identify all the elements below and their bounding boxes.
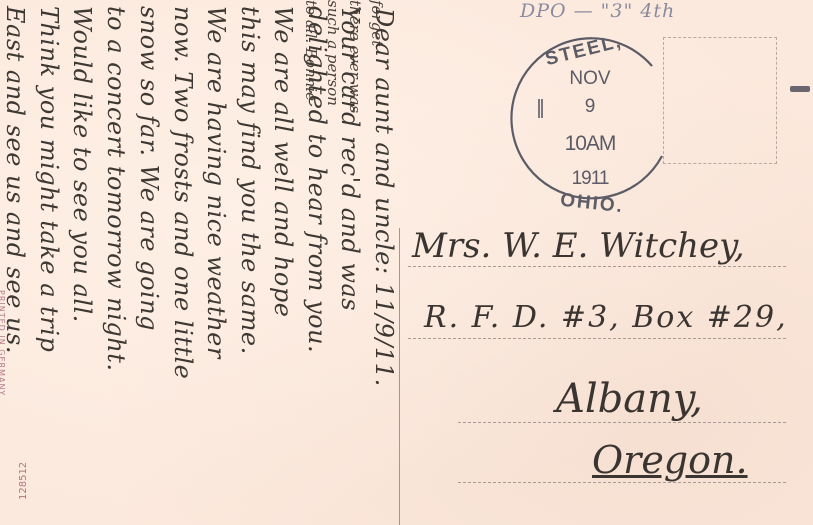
message-line: Think you might take a trip bbox=[32, 0, 66, 525]
message-line: Would like to see you all. bbox=[65, 0, 99, 525]
recipient-state: Oregon. bbox=[592, 438, 748, 482]
recipient-city: Albany, bbox=[556, 376, 703, 422]
postmark-day: 9 bbox=[502, 96, 678, 118]
message-line: We are all well and hope bbox=[266, 0, 300, 525]
stamp-placeholder bbox=[663, 37, 777, 164]
printer-imprint: PRINTED IN GERMANY bbox=[0, 290, 6, 396]
message-overflow: forget there ever was such a person to a… bbox=[300, 0, 388, 110]
message-line: We are having nice weather bbox=[199, 0, 233, 525]
center-divider bbox=[399, 228, 400, 525]
overflow-line: there ever was bbox=[344, 0, 366, 110]
recipient-route: R. F. D. #3, Box #29, bbox=[424, 300, 788, 335]
pencil-annotation: DPO — "3" 4th bbox=[520, 0, 675, 22]
postmark: STEEL, NOV 9 10AM 1911 OHIO. bbox=[502, 26, 678, 202]
address-rule bbox=[458, 482, 786, 483]
postmark-time: 10AM bbox=[502, 132, 678, 156]
message-line: snow so far. We are going bbox=[132, 0, 166, 525]
overflow-line: forget bbox=[366, 0, 388, 110]
message-line: now. Two frosts and one little bbox=[166, 0, 200, 525]
postcard-back: DPO — "3" 4th Dear aunt and uncle: 11/9/… bbox=[0, 0, 813, 525]
message-line: to a concert tomorrow night. bbox=[99, 0, 133, 525]
catalog-number: 128512 bbox=[18, 462, 29, 500]
message-line: East and see us and see us. bbox=[0, 0, 32, 525]
address-rule bbox=[408, 338, 786, 339]
cancel-mark-icon bbox=[790, 86, 810, 92]
recipient-name: Mrs. W. E. Witchey, bbox=[412, 226, 745, 266]
address-rule bbox=[458, 422, 786, 423]
overflow-line: such a person bbox=[322, 0, 344, 110]
address-rule bbox=[408, 266, 786, 267]
postmark-month: NOV bbox=[502, 68, 678, 90]
message-line: this may find you the same. bbox=[233, 0, 267, 525]
overflow-line: to all. Bonnie bbox=[300, 0, 322, 110]
